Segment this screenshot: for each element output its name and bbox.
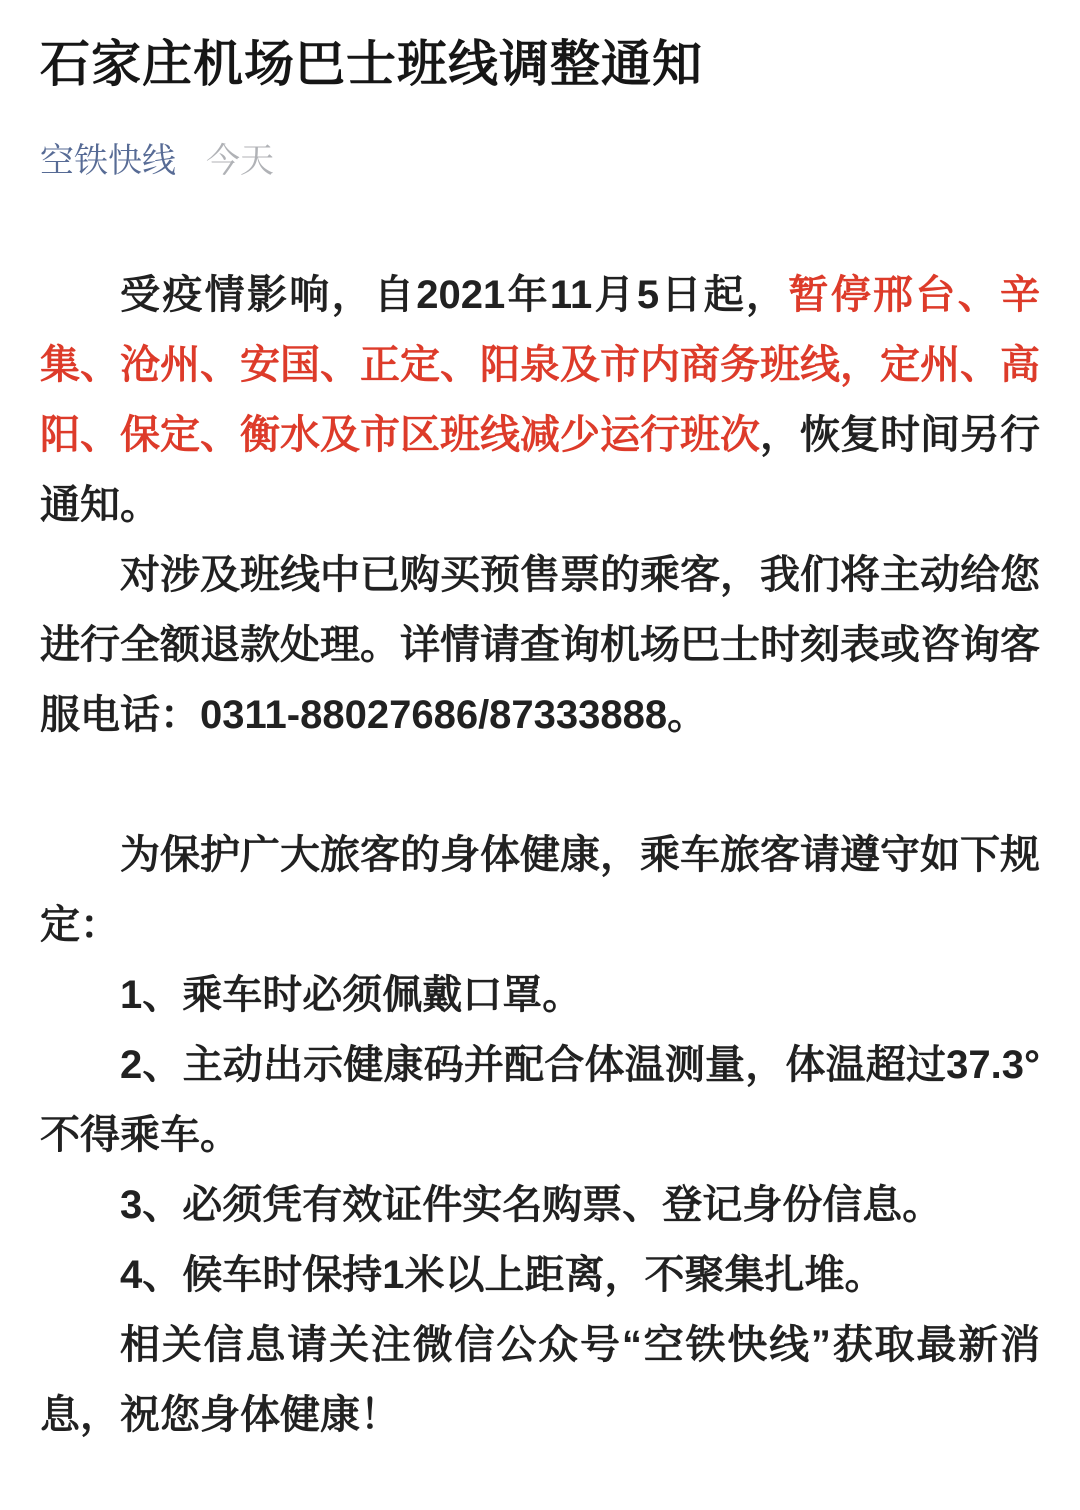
- article-meta: 空铁快线 今天: [40, 141, 1040, 182]
- author-link[interactable]: 空铁快线: [40, 141, 176, 182]
- article-body: 受疫情影响，自2021年11月5日起，暂停邢台、辛集、沧州、安国、正定、阳泉及市…: [40, 260, 1040, 1450]
- article-page: 石家庄机场巴士班线调整通知 空铁快线 今天 受疫情影响，自2021年11月5日起…: [0, 0, 1080, 1510]
- rule-item-4: 4、候车时保持1米以上距离，不聚集扎堆。: [40, 1240, 1040, 1310]
- paragraph-1-intro: 受疫情影响，自2021年11月5日起，: [120, 273, 788, 317]
- notice-paragraph-followup: 相关信息请关注微信公众号“空铁快线”获取最新消息，祝您身体健康！: [40, 1310, 1040, 1450]
- rule-item-2: 2、主动出示健康码并配合体温测量，体温超过37.3°不得乘车。: [40, 1030, 1040, 1170]
- article-title: 石家庄机场巴士班线调整通知: [40, 34, 1040, 95]
- rule-item-1: 1、乘车时必须佩戴口罩。: [40, 960, 1040, 1030]
- paragraph-spacer: [40, 750, 1040, 820]
- notice-paragraph-refund: 对涉及班线中已购买预售票的乘客，我们将主动给您进行全额退款处理。详情请查询机场巴…: [40, 540, 1040, 750]
- notice-paragraph-health-intro: 为保护广大旅客的身体健康，乘车旅客请遵守如下规定：: [40, 820, 1040, 960]
- publish-date: 今天: [206, 141, 274, 182]
- rule-item-3: 3、必须凭有效证件实名购票、登记身份信息。: [40, 1170, 1040, 1240]
- notice-paragraph-suspension: 受疫情影响，自2021年11月5日起，暂停邢台、辛集、沧州、安国、正定、阳泉及市…: [40, 260, 1040, 540]
